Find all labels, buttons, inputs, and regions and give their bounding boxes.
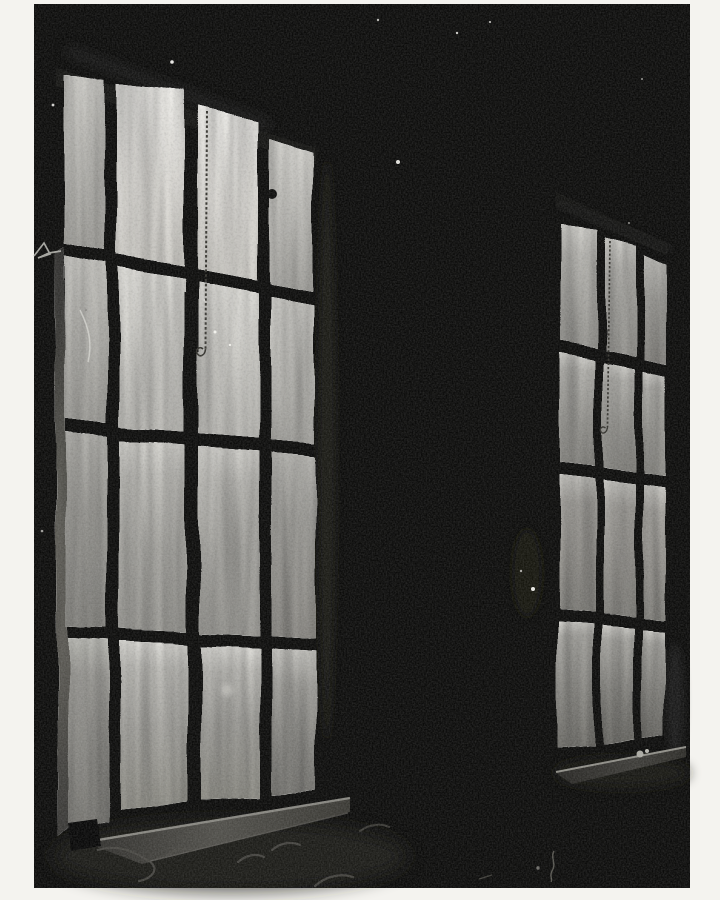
photo-canvas xyxy=(0,0,720,900)
film-grain-overlay xyxy=(34,4,690,888)
photograph-industrial-windows xyxy=(0,0,720,900)
film-grain xyxy=(34,4,690,888)
